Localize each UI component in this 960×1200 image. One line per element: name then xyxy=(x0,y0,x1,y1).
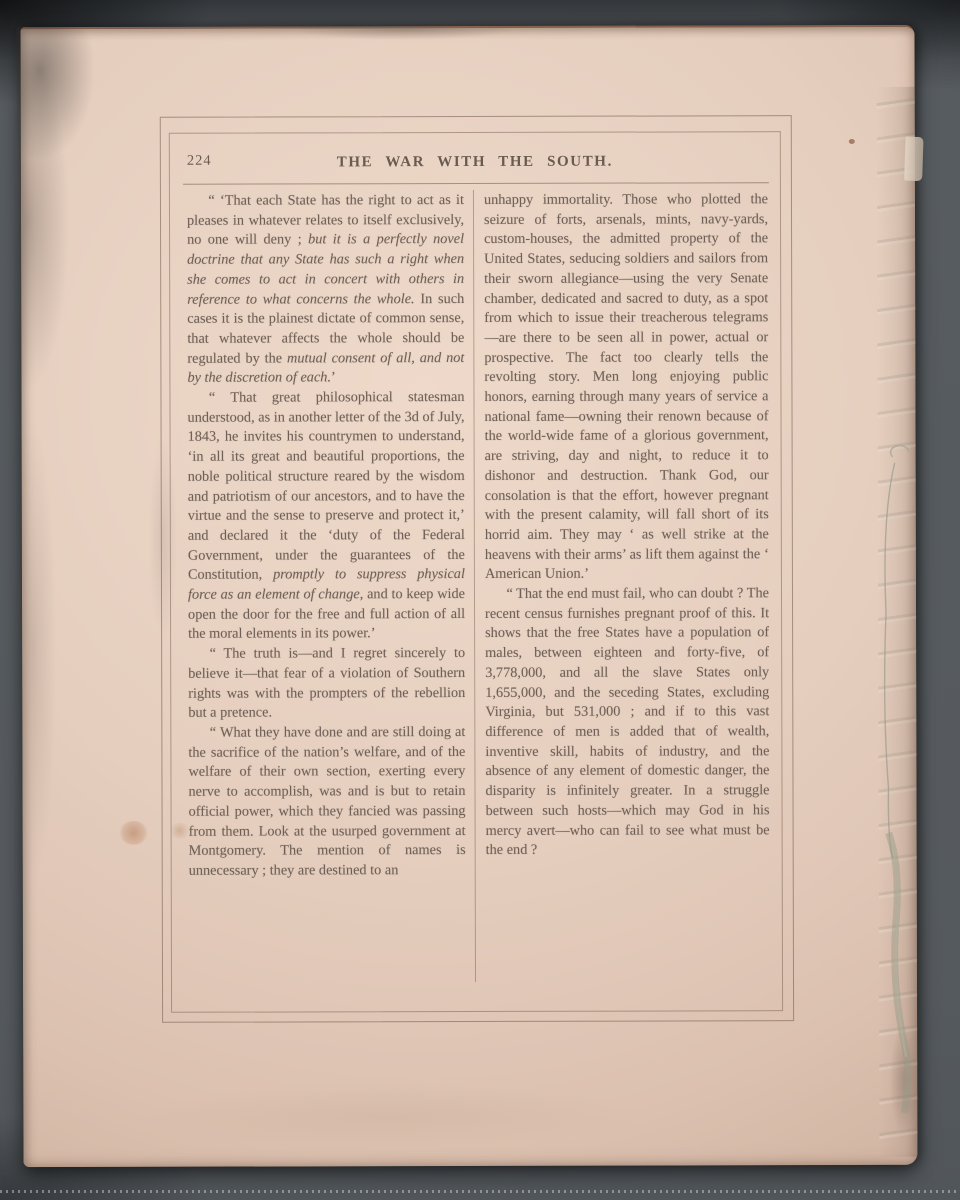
stain-bottom-wrinkle xyxy=(143,1067,763,1149)
stain-ink-dot xyxy=(849,139,855,144)
paragraph: unhappy immortality. Those who plotted t… xyxy=(484,190,769,585)
stain-brown-blotch xyxy=(119,821,149,845)
scanned-photo-background: 224 THE WAR WITH THE SOUTH. “ ‘That each… xyxy=(0,0,960,1200)
text-run: “ That great philosophical statesman und… xyxy=(188,389,465,583)
text-run: “ That the end must fail, who can doubt … xyxy=(485,585,770,858)
paragraph: “ What they have done and are still doin… xyxy=(188,723,465,881)
paper-scrap-tab xyxy=(904,137,923,182)
text-run: “ What they have done and are still doin… xyxy=(188,724,465,879)
text-run: ’ xyxy=(331,370,336,386)
paragraph: “ That the end must fail, who can doubt … xyxy=(485,584,770,861)
running-title: THE WAR WITH THE SOUTH. xyxy=(160,153,790,172)
text-run: “ The truth is—and I regret sincerely to… xyxy=(188,645,465,721)
paragraph: “ The truth is—and I regret sincerely to… xyxy=(188,644,465,724)
paragraph: “ ‘That each State has the right to act … xyxy=(187,191,465,389)
stain-top-edge-smudge xyxy=(271,28,541,47)
scanner-edge-dots xyxy=(0,1190,960,1193)
text-column-right: unhappy immortality. Those who plotted t… xyxy=(484,190,770,985)
text-run: unhappy immortality. Those who plotted t… xyxy=(484,191,769,582)
stain-top-left-smudge xyxy=(17,27,148,457)
torn-corner-chunk xyxy=(885,1022,917,1152)
book-page: 224 THE WAR WITH THE SOUTH. “ ‘That each… xyxy=(21,25,918,1167)
torn-right-edge xyxy=(877,87,918,1157)
stain-left-edge-streak xyxy=(21,359,79,999)
text-column-left: “ ‘That each State has the right to act … xyxy=(187,191,466,986)
paragraph: “ That great philosophical statesman und… xyxy=(187,388,465,645)
